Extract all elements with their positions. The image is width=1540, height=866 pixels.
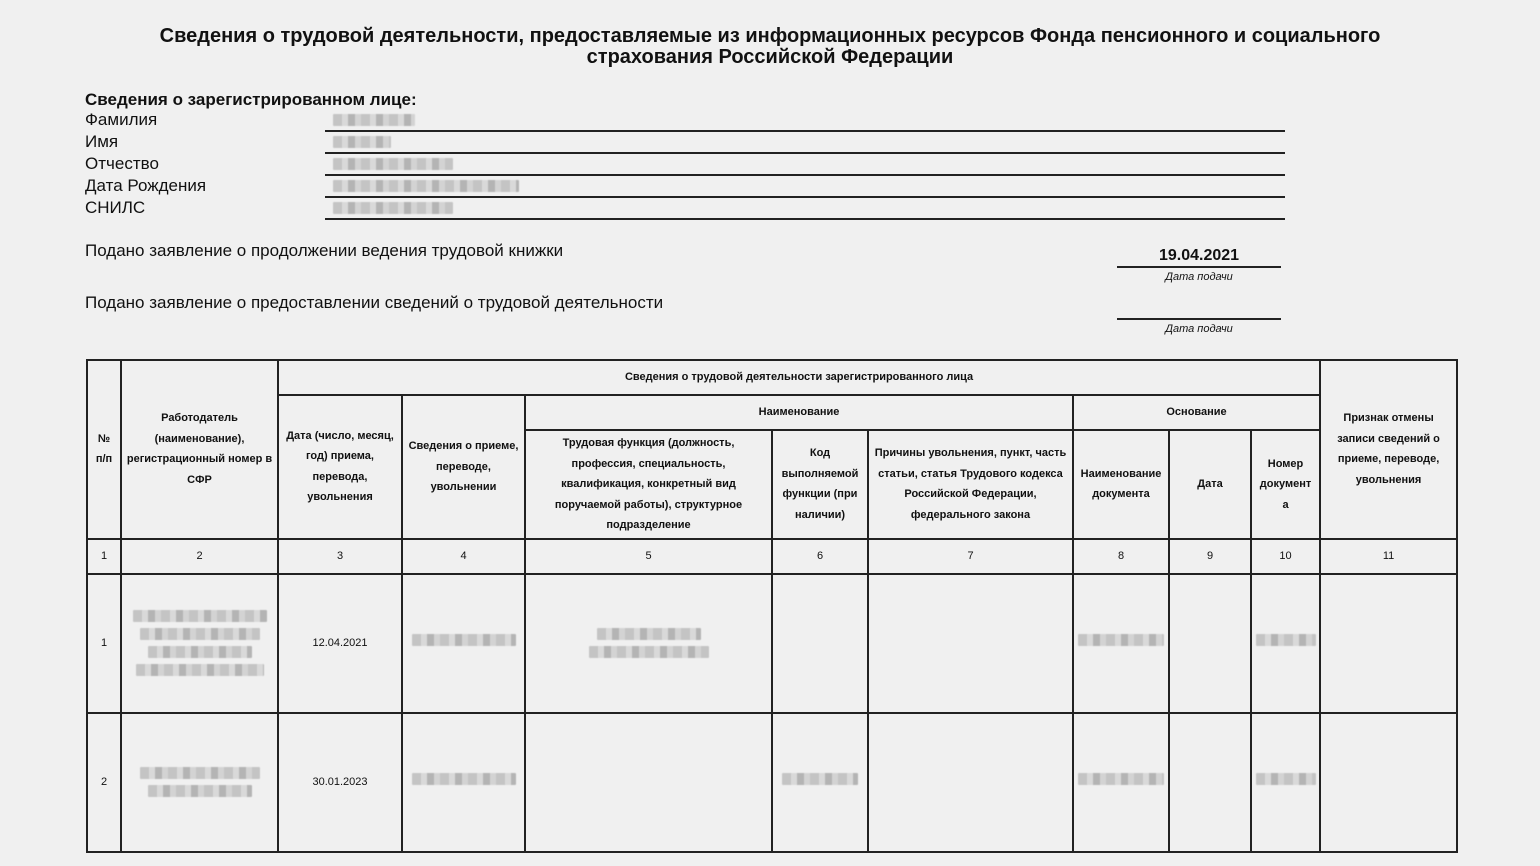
field-surname: Фамилия [85, 110, 1285, 132]
field-label: Дата Рождения [85, 176, 206, 196]
column-number: 10 [1251, 539, 1320, 574]
employment-history-table: № п/п Работодатель (наименование), регис… [86, 359, 1458, 853]
header-employer: Работодатель (наименование), регистрацио… [121, 360, 278, 539]
header-group-activity: Сведения о трудовой деятельности зарегис… [278, 360, 1320, 395]
doc-number-redacted [1251, 713, 1320, 852]
column-number: 8 [1073, 539, 1169, 574]
field-value-redacted [333, 135, 391, 153]
column-number: 4 [402, 539, 525, 574]
function-redacted [525, 574, 772, 713]
field-value-redacted [333, 113, 415, 131]
field-value-redacted [333, 179, 519, 197]
column-number: 6 [772, 539, 868, 574]
table-row: 1 12.04.2021 [87, 574, 1457, 713]
column-number: 1 [87, 539, 121, 574]
statement-workbook: Подано заявление о продолжении ведения т… [85, 241, 563, 261]
field-label: СНИЛС [85, 198, 145, 218]
header-osnovanie: Основание [1073, 395, 1320, 430]
table-row: 2 30.01.2023 [87, 713, 1457, 852]
statement-info: Подано заявление о предоставлении сведен… [85, 293, 663, 313]
field-label: Фамилия [85, 110, 157, 130]
statement-workbook-date: 19.04.2021 Дата подачи [1117, 246, 1281, 283]
column-number: 2 [121, 539, 278, 574]
column-number: 3 [278, 539, 402, 574]
doc-date-cell [1169, 713, 1251, 852]
row-date: 12.04.2021 [278, 574, 402, 713]
header-dismissal-reason: Причины увольнения, пункт, часть статьи,… [868, 430, 1073, 539]
column-number: 11 [1320, 539, 1457, 574]
column-number: 5 [525, 539, 772, 574]
doc-name-redacted [1073, 574, 1169, 713]
employer-redacted [121, 713, 278, 852]
field-name: Имя [85, 132, 1285, 154]
submission-date [1117, 298, 1281, 320]
field-value-redacted [333, 157, 453, 175]
date-caption: Дата подачи [1117, 271, 1281, 283]
function-code-cell [772, 574, 868, 713]
header-doc-date: Дата [1169, 430, 1251, 539]
dismissal-reason-cell [868, 574, 1073, 713]
info-redacted [402, 574, 525, 713]
field-label: Отчество [85, 154, 159, 174]
doc-name-redacted [1073, 713, 1169, 852]
document-title: Сведения о трудовой деятельности, предос… [100, 26, 1440, 68]
doc-date-cell [1169, 574, 1251, 713]
person-section-heading: Сведения о зарегистрированном лице: [85, 90, 417, 110]
employer-redacted [121, 574, 278, 713]
row-number: 2 [87, 713, 121, 852]
column-number: 7 [868, 539, 1073, 574]
row-number: 1 [87, 574, 121, 713]
field-snils: СНИЛС [85, 198, 1285, 220]
field-birthdate: Дата Рождения [85, 176, 1285, 198]
cancel-flag-cell [1320, 574, 1457, 713]
header-function-code: Код выполняемой функции (при наличии) [772, 430, 868, 539]
field-patronymic: Отчество [85, 154, 1285, 176]
header-function: Трудовая функция (должность, профессия, … [525, 430, 772, 539]
info-redacted [402, 713, 525, 852]
field-value-redacted [333, 201, 453, 219]
function-cell [525, 713, 772, 852]
header-doc-number: Номер документ а [1251, 430, 1320, 539]
column-number: 9 [1169, 539, 1251, 574]
row-date: 30.01.2023 [278, 713, 402, 852]
column-numbers-row: 1 2 3 4 5 6 7 8 9 10 11 [87, 539, 1457, 574]
header-cancel-flag: Признак отмены записи сведений о приеме,… [1320, 360, 1457, 539]
header-doc-name: Наименование документа [1073, 430, 1169, 539]
cancel-flag-cell [1320, 713, 1457, 852]
dismissal-reason-cell [868, 713, 1073, 852]
doc-number-redacted [1251, 574, 1320, 713]
date-caption: Дата подачи [1117, 323, 1281, 335]
submission-date: 19.04.2021 [1117, 246, 1281, 268]
header-info: Сведения о приеме, переводе, увольнении [402, 395, 525, 539]
field-underline [325, 218, 1285, 220]
header-date: Дата (число, месяц, год) приема, перевод… [278, 395, 402, 539]
header-naimenovanie: Наименование [525, 395, 1073, 430]
header-num: № п/п [87, 360, 121, 539]
field-label: Имя [85, 132, 118, 152]
function-code-redacted [772, 713, 868, 852]
statement-info-date: Дата подачи [1117, 298, 1281, 335]
